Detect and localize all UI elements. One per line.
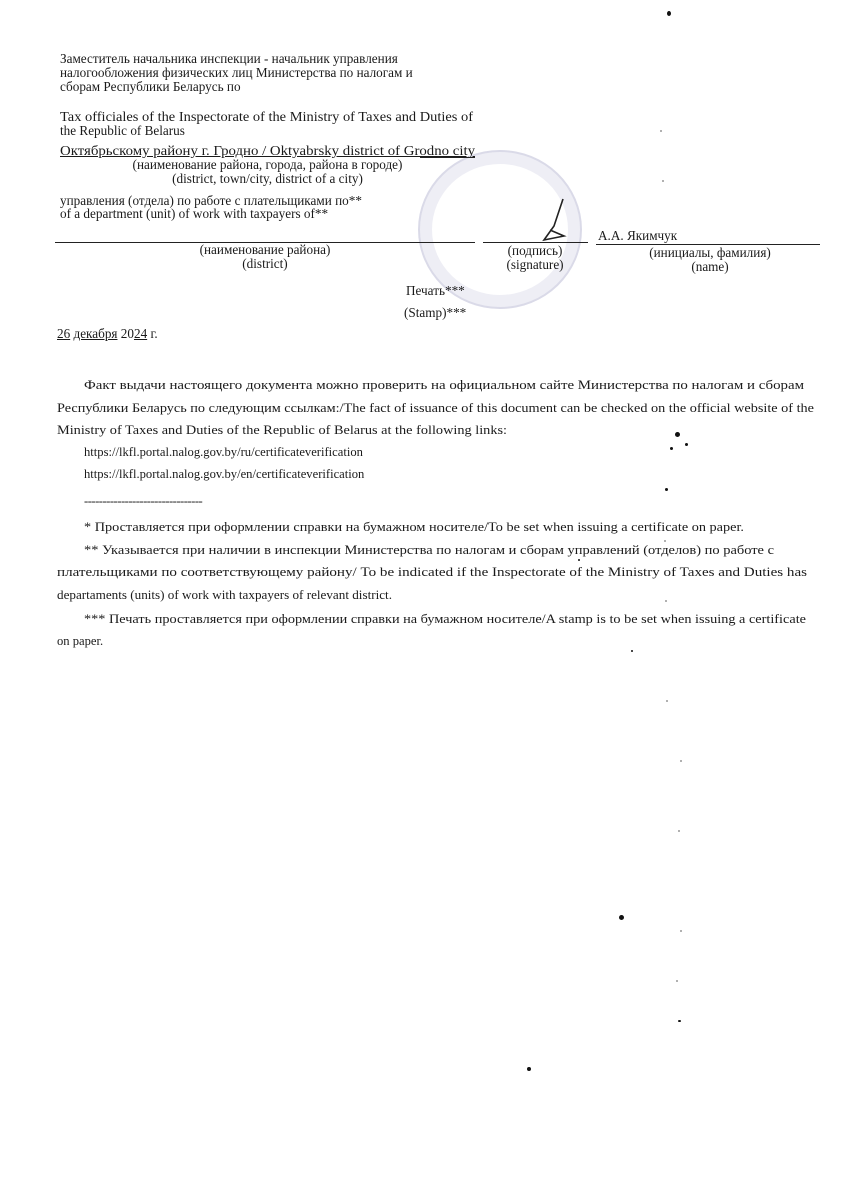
scan-speck	[664, 540, 666, 542]
date-day: 26	[57, 326, 70, 341]
issue-date: 26 декабря 2024 г.	[57, 327, 158, 341]
footnote-2-line-2: плательщиками по соответствующему району…	[57, 565, 807, 579]
district-caption-ru-2: (наименование района)	[130, 243, 400, 257]
footnote-2-line-3: departaments (units) of work with taxpay…	[57, 588, 392, 602]
scan-speck	[665, 600, 667, 602]
scan-speck	[665, 488, 668, 491]
scan-speck	[578, 559, 580, 561]
scan-speck	[631, 650, 633, 652]
scan-speck	[662, 180, 664, 182]
verification-link-ru[interactable]: https://lkfl.portal.nalog.gov.by/ru/cert…	[84, 445, 363, 459]
header-title-en-2: the Republic of Belarus	[60, 124, 185, 138]
scan-speck	[678, 830, 680, 832]
verification-link-en[interactable]: https://lkfl.portal.nalog.gov.by/en/cert…	[84, 467, 364, 481]
scan-speck	[685, 443, 688, 446]
department-line-en: of a department (unit) of work with taxp…	[60, 207, 328, 221]
stamp-label-ru: Печать***	[406, 284, 465, 298]
footnote-3-line-1: *** Печать проставляется при оформлении …	[84, 612, 806, 626]
signature-caption-ru: (подпись)	[490, 244, 580, 258]
footnote-3-line-2: on paper.	[57, 634, 103, 648]
scan-speck	[670, 447, 673, 450]
date-year-suffix: 24	[134, 326, 147, 341]
header-title-ru-1: Заместитель начальника инспекции - начал…	[60, 52, 398, 66]
scan-speck	[660, 130, 662, 132]
district-value: Октябрьскому району г. Гродно / Oktyabrs…	[60, 144, 475, 158]
name-caption-ru: (инициалы, фамилия)	[620, 246, 800, 260]
signature-caption-en: (signature)	[490, 258, 580, 272]
district-caption-ru: (наименование района, города, района в г…	[60, 158, 475, 172]
district-caption-en-2: (district)	[130, 257, 400, 271]
scan-speck	[676, 980, 678, 982]
name-caption-en: (name)	[620, 260, 800, 274]
stamp-label-en: (Stamp)***	[404, 306, 466, 320]
header-title-en-1: Tax officiales of the Inspectorate of th…	[60, 110, 473, 124]
scan-speck	[680, 930, 682, 932]
signature-mark	[530, 196, 580, 246]
scan-speck	[680, 760, 682, 762]
header-title-ru-3: сборам Республики Беларусь по	[60, 80, 241, 94]
date-suffix: г.	[147, 326, 158, 341]
scan-speck	[666, 700, 668, 702]
scan-speck	[675, 432, 680, 437]
scan-speck	[678, 1020, 681, 1022]
footnote-2-line-1: ** Указывается при наличии в инспекции М…	[84, 543, 774, 557]
signer-name: А.А. Якимчук	[598, 229, 677, 243]
footnote-separator: --------------------------------	[84, 494, 202, 508]
scan-speck	[619, 915, 624, 920]
district-caption-en: (district, town/city, district of a city…	[60, 172, 475, 186]
scan-speck	[527, 1067, 531, 1071]
date-year-prefix: 20	[121, 326, 134, 341]
footnote-1: * Проставляется при оформлении справки н…	[84, 520, 744, 534]
verification-line-2: Республики Беларусь по следующим ссылкам…	[57, 401, 814, 415]
verification-line-3: Ministry of Taxes and Duties of the Repu…	[57, 423, 507, 437]
date-month: декабря	[73, 326, 117, 341]
verification-line-1: Факт выдачи настоящего документа можно п…	[84, 378, 804, 392]
header-title-ru-2: налогообложения физических лиц Министерс…	[60, 66, 413, 80]
scan-speck	[667, 11, 671, 16]
